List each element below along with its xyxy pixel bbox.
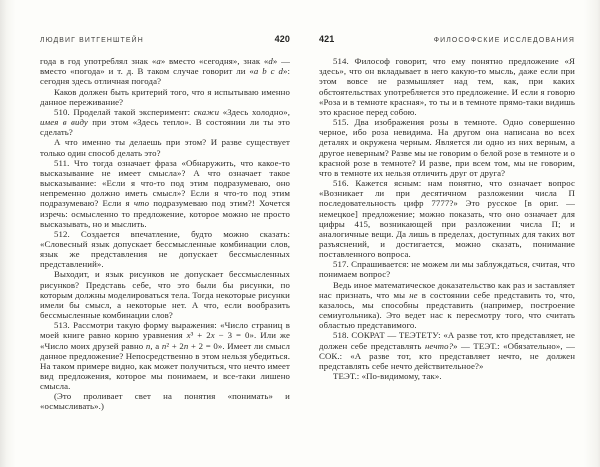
- paragraph: Ведь иное математическое доказательство …: [319, 280, 575, 331]
- page-body-left: года в год употреблял знак «a» вместо «с…: [40, 56, 290, 411]
- paragraph: 517. Спрашивается: не можем ли мы заблуж…: [319, 259, 575, 279]
- page-left: ЛЮДВИГ ВИТГЕНШТЕЙН 420 года в год употре…: [40, 34, 290, 412]
- paragraph: 516. Кажется ясным: нам понятно, что озн…: [319, 178, 575, 259]
- paragraph: 510. Проделай такой эксперимент: скажи «…: [40, 107, 290, 137]
- paragraph: 511. Что тогда означает фраза «Обнаружит…: [40, 158, 290, 229]
- book-spread-scan: ЛЮДВИГ ВИТГЕНШТЕЙН 420 года в год употре…: [0, 0, 600, 467]
- paragraph: 512. Создается впечатление, будто можно …: [40, 229, 290, 270]
- paragraph: 515. Два изображения розы в темноте. Одн…: [319, 117, 575, 178]
- book-title: ФИЛОСОФСКИЕ ИССЛЕДОВАНИЯ: [434, 36, 575, 46]
- running-header-left: ЛЮДВИГ ВИТГЕНШТЕЙН 420: [40, 34, 290, 46]
- paragraph: 514. Философ говорит, что ему понятно пр…: [319, 56, 575, 117]
- paragraph: 513. Рассмотри такую форму выражения: «Ч…: [40, 320, 290, 391]
- page-number-right: 421: [319, 34, 334, 44]
- page-right: 421 ФИЛОСОФСКИЕ ИССЛЕДОВАНИЯ 514. Филосо…: [319, 34, 575, 381]
- paragraph: А что именно ты делаешь при этом? И разв…: [40, 137, 290, 157]
- paragraph: Каков должен быть критерий того, что я и…: [40, 87, 290, 107]
- paragraph: 518. СОКРАТ — ТЕЭТЕТУ: «А разве тот, кто…: [319, 330, 575, 371]
- paragraph: года в год употреблял знак «a» вместо «с…: [40, 56, 290, 86]
- author-name: ЛЮДВИГ ВИТГЕНШТЕЙН: [40, 36, 144, 46]
- page-number-left: 420: [275, 34, 290, 44]
- page-body-right: 514. Философ говорит, что ему понятно пр…: [319, 56, 575, 381]
- paragraph: (Это проливает свет на понятия «понимать…: [40, 391, 290, 411]
- running-header-right: 421 ФИЛОСОФСКИЕ ИССЛЕДОВАНИЯ: [319, 34, 575, 46]
- paragraph: Выходит, и язык рисунков не допускает бе…: [40, 269, 290, 320]
- paragraph: ТЕЭТ.: «По-видимому, так».: [319, 371, 575, 381]
